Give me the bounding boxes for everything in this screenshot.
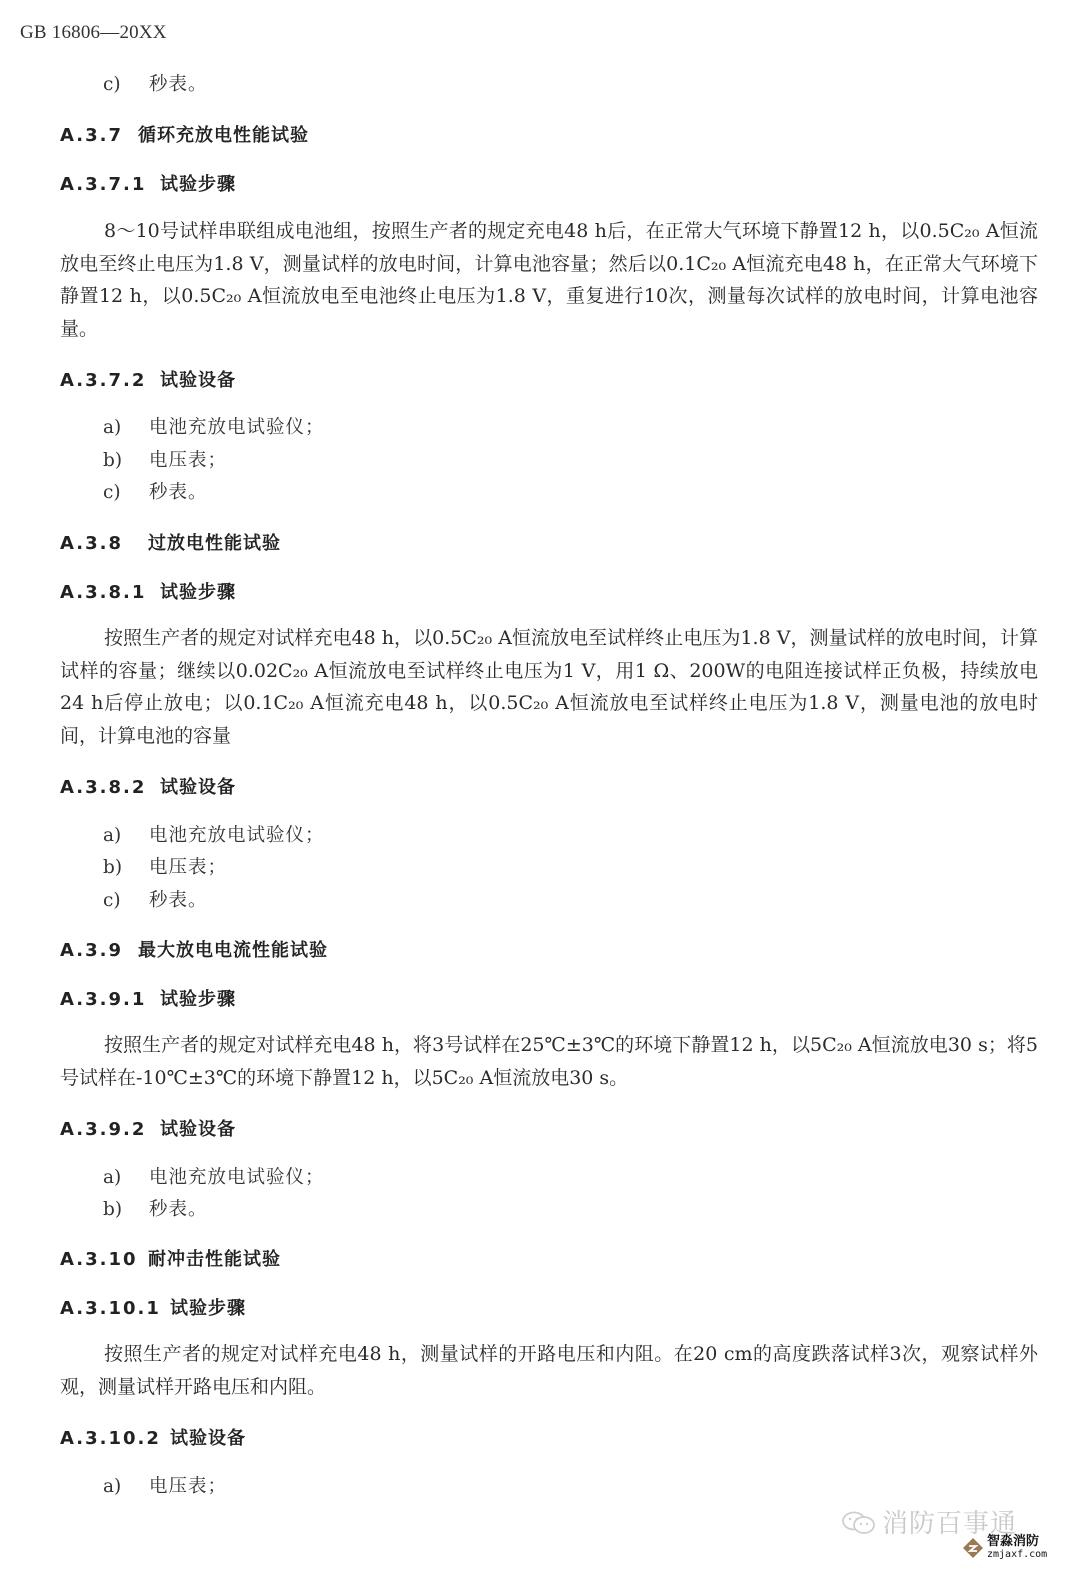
paragraph-test-procedure: 按照生产者的规定对试样充电48 h，测量试样的开路电压和内阻。在20 cm的高度… (60, 1338, 1038, 1403)
section-title: 试验设备 (160, 1119, 236, 1140)
list-text: 电池充放电试验仪； (149, 417, 325, 438)
section-title: 试验步骤 (160, 582, 236, 603)
section-number: A.3.9 (60, 940, 138, 961)
section-number: A.3.10 (60, 1249, 148, 1270)
section-number: A.3.8 (60, 533, 148, 554)
list-text: 秒表。 (149, 74, 208, 95)
list-label: c) (103, 890, 149, 911)
list-label: c) (103, 74, 149, 95)
subsection-heading: A.3.9.2试验设备 (60, 1115, 236, 1141)
subsection-heading: A.3.8.2试验设备 (60, 773, 236, 799)
list-item: b)电压表； (103, 853, 227, 879)
paragraph-test-procedure: 按照生产者的规定对试样充电48 h，将3号试样在25℃±3℃的环境下静置12 h… (60, 1029, 1038, 1094)
list-label: b) (103, 1199, 149, 1220)
list-item: a)电池充放电试验仪； (103, 1163, 325, 1189)
list-item: b)电压表； (103, 446, 227, 472)
section-title: 试验步骤 (160, 989, 236, 1010)
list-text: 电压表； (149, 450, 227, 471)
subsection-heading: A.3.7.1试验步骤 (60, 170, 236, 196)
section-number: A.3.10.1 (60, 1298, 170, 1319)
section-title: 试验设备 (160, 370, 236, 391)
list-item: c)秒表。 (103, 70, 208, 96)
paragraph-test-procedure: 按照生产者的规定对试样充电48 h，以0.5C₂₀ A恒流放电至试样终止电压为1… (60, 622, 1038, 752)
wechat-icon (842, 1511, 876, 1535)
list-label: a) (103, 1167, 149, 1188)
list-text: 电池充放电试验仪； (149, 1167, 325, 1188)
section-number: A.3.7.2 (60, 370, 160, 391)
section-heading: A.3.10耐冲击性能试验 (60, 1245, 281, 1271)
list-item: a)电池充放电试验仪； (103, 413, 325, 439)
list-label: b) (103, 450, 149, 471)
standard-id-header: GB 16806—20XX (20, 22, 167, 44)
list-text: 电池充放电试验仪； (149, 825, 325, 846)
section-title: 耐冲击性能试验 (148, 1249, 281, 1270)
section-title: 过放电性能试验 (148, 533, 281, 554)
list-label: a) (103, 417, 149, 438)
section-heading: A.3.8过放电性能试验 (60, 529, 281, 555)
list-label: c) (103, 482, 149, 503)
list-item: b)秒表。 (103, 1195, 208, 1221)
list-item: c)秒表。 (103, 478, 208, 504)
list-text: 电压表； (149, 1476, 227, 1497)
site-name: 智淼消防 (987, 1535, 1047, 1548)
subsection-heading: A.3.9.1试验步骤 (60, 985, 236, 1011)
section-number: A.3.7.1 (60, 174, 160, 195)
list-text: 秒表。 (149, 1199, 208, 1220)
section-number: A.3.7 (60, 125, 138, 146)
list-text: 秒表。 (149, 482, 208, 503)
list-item: a)电池充放电试验仪； (103, 821, 325, 847)
section-title: 试验设备 (160, 777, 236, 798)
section-number: A.3.8.2 (60, 777, 160, 798)
section-number: A.3.8.1 (60, 582, 160, 603)
list-label: a) (103, 825, 149, 846)
section-heading: A.3.7循环充放电性能试验 (60, 121, 309, 147)
section-title: 最大放电电流性能试验 (138, 940, 328, 961)
list-item: c)秒表。 (103, 886, 208, 912)
subsection-heading: A.3.10.2试验设备 (60, 1424, 246, 1450)
section-title: 试验设备 (170, 1428, 246, 1449)
list-label: a) (103, 1476, 149, 1497)
subsection-heading: A.3.10.1试验步骤 (60, 1294, 246, 1320)
list-text: 秒表。 (149, 890, 208, 911)
section-heading: A.3.9最大放电电流性能试验 (60, 936, 328, 962)
section-title: 循环充放电性能试验 (138, 125, 309, 146)
section-number: A.3.10.2 (60, 1428, 170, 1449)
section-title: 试验步骤 (160, 174, 236, 195)
list-label: b) (103, 857, 149, 878)
subsection-heading: A.3.7.2试验设备 (60, 366, 236, 392)
paragraph-test-procedure: 8～10号试样串联组成电池组，按照生产者的规定充电48 h后，在正常大气环境下静… (60, 215, 1038, 345)
subsection-heading: A.3.8.1试验步骤 (60, 578, 236, 604)
section-title: 试验步骤 (170, 1298, 246, 1319)
site-url: zmjaxf.com (987, 1548, 1047, 1561)
site-logo-watermark: 智淼消防 zmjaxf.com (962, 1535, 1047, 1561)
diamond-logo-icon (962, 1537, 984, 1559)
list-item: a)电压表； (103, 1472, 227, 1498)
section-number: A.3.9.2 (60, 1119, 160, 1140)
section-number: A.3.9.1 (60, 989, 160, 1010)
list-text: 电压表； (149, 857, 227, 878)
